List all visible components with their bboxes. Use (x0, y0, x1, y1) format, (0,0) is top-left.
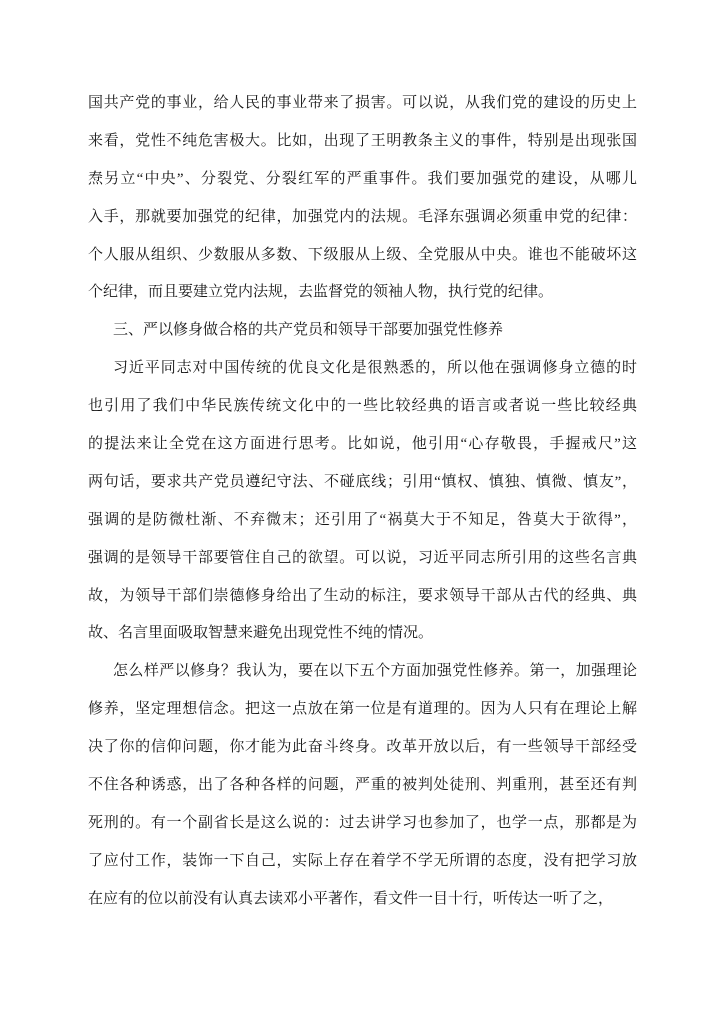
text-line: 在应有的位以前没有认真去读邓小平著作，看文件一目十行，听传达一听了之， (88, 881, 637, 919)
paragraph: 习近平同志对中国传统的优良文化是很熟悉的，所以他在强调修身立德的时候，也引用了我… (88, 350, 637, 653)
text-line: 故，为领导干部们崇德修身给出了生动的标注，要求领导干部从古代的经典、典 (88, 578, 637, 616)
paragraph: 国共产党的事业，给人民的事业带来了损害。可以说，从我们党的建设的历史上来看，党性… (88, 85, 637, 312)
text-line: 也引用了我们中华民族传统文化中的一些比较经典的语言或者说一些比较经典 (88, 388, 637, 426)
text-line: 强调的是领导干部要管住自己的欲望。可以说，习近平同志所引用的这些名言典 (88, 540, 637, 578)
section-heading: 三、严以修身做合格的共产党员和领导干部要加强党性修养 (88, 312, 637, 350)
text-line: 两句话，要求共产党员遵纪守法、不碰底线；引用“慎权、慎独、慎微、慎友”， (88, 464, 637, 502)
text-line: 个人服从组织、少数服从多数、下级服从上级、全党服从中央。谁也不能破坏这 (88, 237, 637, 275)
text-line: 个纪律，而且要建立党内法规，去监督党的领袖人物，执行党的纪律。 (88, 274, 637, 312)
document-content: 国共产党的事业，给人民的事业带来了损害。可以说，从我们党的建设的历史上来看，党性… (88, 85, 637, 919)
text-line: 焘另立“中央”、分裂党、分裂红军的严重事件。我们要加强党的建设，从哪儿 (88, 161, 637, 199)
text-line: 故、名言里面吸取智慧来避免出现党性不纯的情况。 (88, 615, 637, 653)
text-line: 来看，党性不纯危害极大。比如，出现了王明教条主义的事件，特别是出现张国 (88, 123, 637, 161)
text-line: 不住各种诱惑，出了各种各样的问题，严重的被判处徒刑、判重刑，甚至还有判 (88, 767, 637, 805)
text-line: 国共产党的事业，给人民的事业带来了损害。可以说，从我们党的建设的历史上 (88, 85, 637, 123)
text-line: 习近平同志对中国传统的优良文化是很熟悉的，所以他在强调修身立德的时候， (88, 350, 637, 388)
text-line: 决了你的信仰问题，你才能为此奋斗终身。改革开放以后，有一些领导干部经受 (88, 729, 637, 767)
text-line: 怎么样严以修身？我认为，要在以下五个方面加强党性修养。第一，加强理论 (88, 653, 637, 691)
text-line: 修养，坚定理想信念。把这一点放在第一位是有道理的。因为人只有在理论上解 (88, 691, 637, 729)
text-line: 强调的是防微杜渐、不弃微末；还引用了“祸莫大于不知足，咎莫大于欲得”， (88, 502, 637, 540)
text-line: 了应付工作，装饰一下自己，实际上存在着学不学无所谓的态度，没有把学习放 (88, 843, 637, 881)
text-line: 入手，那就要加强党的纪律，加强党内的法规。毛泽东强调必须重申党的纪律： (88, 199, 637, 237)
paragraph: 怎么样严以修身？我认为，要在以下五个方面加强党性修养。第一，加强理论修养，坚定理… (88, 653, 637, 918)
document-page: 国共产党的事业，给人民的事业带来了损害。可以说，从我们党的建设的历史上来看，党性… (0, 0, 721, 1020)
heading-line: 三、严以修身做合格的共产党员和领导干部要加强党性修养 (88, 312, 637, 350)
text-line: 的提法来让全党在这方面进行思考。比如说，他引用“心存敬畏，手握戒尺”这 (88, 426, 637, 464)
text-line: 死刑的。有一个副省长是这么说的：过去讲学习也参加了，也学一点，那都是为 (88, 805, 637, 843)
